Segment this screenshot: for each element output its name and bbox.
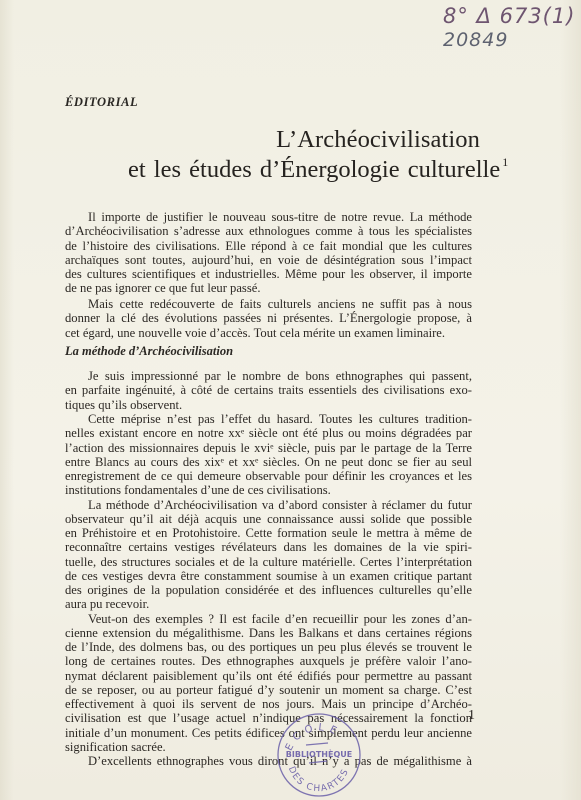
svg-text:ECOLE: ECOLE [284,722,343,753]
text-line: de se reposer, ou au porteur fatigué d’y… [65,683,472,697]
text-line: des origines de la population considérée… [65,583,472,597]
text-line: La méthode d’Archéocivilisation va d’abo… [65,498,472,512]
text-line: reconnaître certains vestiges révélateur… [65,540,472,554]
library-stamp: ECOLE BIBLIOTHÈQUE DES CHARTES [276,712,362,798]
text-line: aura pu recevoir. [65,597,472,611]
text-line: Cette méprise n’est pas l’effet du hasar… [65,412,472,426]
section-paragraph-3: La méthode d’Archéocivilisation va d’abo… [65,498,472,612]
stamp-center-text: BIBLIOTHÈQUE [286,748,352,759]
intro-paragraph-2: Mais cette redécouverte de faits culture… [65,297,472,340]
article-title-line2-text: et les études d’Énergologie culturelle [128,156,500,183]
text-line: tiques qu’ils observent. [65,398,472,412]
text-line: d’Archéocivilisation s’adresse aux ethno… [65,224,472,238]
footnote-reference: 1 [502,155,508,169]
section-paragraph-4: Veut-on des exemples ? Il est facile d’e… [65,612,472,755]
text-line: signification sacrée. [65,740,472,754]
text-line: en Préhistoire et en Protohistoire. Cett… [65,526,472,540]
text-line: des cultures scientifiques et industriel… [65,267,472,281]
text-line: D’excellents ethnographes vous diront qu… [65,754,472,768]
article-title-line1: L’Archéocivilisation [276,126,480,154]
text-line: donner la clé des évolutions passées ni … [65,311,472,325]
text-line: l’action des missionnaires depuis le xvi… [65,441,472,455]
text-line: institutions fondamentales d’une de ces … [65,483,472,497]
text-line: en parfaite ingénuité, à côté de certain… [65,383,472,397]
text-line: archaïques sont toutes, aujourd’hui, en … [65,253,472,267]
text-line: enregistrement de ce qui demeure observa… [65,469,472,483]
article-title-line2: et les études d’Énergologie culturelle1 [128,155,508,184]
text-line: civilisation est que l’usage actuel n’in… [65,711,472,725]
intro-paragraph-1: Il importe de justifier le nouveau sous-… [65,210,472,296]
text-line: long de certaines routes. Des ethnograph… [65,654,472,668]
section-paragraph-1: Je suis impressionné par le nombre de bo… [65,369,472,412]
text-line: de l’Inde, des dolmens bas, ou des porti… [65,640,472,654]
text-line: de l’histoire des civilisations. Elle ré… [65,239,472,253]
rubric-editorial: ÉDITORIAL [65,95,138,110]
text-line: de ne pas ignorer ce que fut leur passé. [65,281,472,295]
section-heading: La méthode d’Archéocivilisation [65,344,233,359]
text-line: Veut-on des exemples ? Il est facile d’e… [65,612,472,626]
text-line: observateur qu’il ait déjà acquis une co… [65,512,472,526]
stamp-top-text: ECOLE [284,722,343,753]
text-line: effectivement à quoi ils servent de nos … [65,697,472,711]
handwritten-shelfmark: 8° Δ 673(1) [443,4,575,28]
text-line: cienne extension du mégalithisme. Dans l… [65,626,472,640]
text-line: initiale d’un monument. Ces petits édifi… [65,726,472,740]
handwritten-accession-number: 20849 [443,29,508,51]
text-line: Il importe de justifier le nouveau sous-… [65,210,472,224]
text-line: Mais cette redécouverte de faits culture… [65,297,472,311]
page-number: 1 [468,708,475,724]
stamp-icon: ECOLE BIBLIOTHÈQUE DES CHARTES [276,712,362,798]
text-line: tuelle, des structures sociales et de la… [65,555,472,569]
text-line: nymat déclarent paisiblement qu’ils ont … [65,669,472,683]
text-line: Je suis impressionné par le nombre de bo… [65,369,472,383]
text-line: de ces vestiges devra être constamment s… [65,569,472,583]
text-line: nelles existant encore en notre xxᵉ sièc… [65,426,472,440]
text-line: cet égard, une nouvelle voie d’accès. To… [65,326,472,340]
section-paragraph-2: Cette méprise n’est pas l’effet du hasar… [65,412,472,498]
text-line: entre Blancs au cours des xixᵉ et xxᵉ si… [65,455,472,469]
section-paragraph-5: D’excellents ethnographes vous diront qu… [65,754,472,768]
